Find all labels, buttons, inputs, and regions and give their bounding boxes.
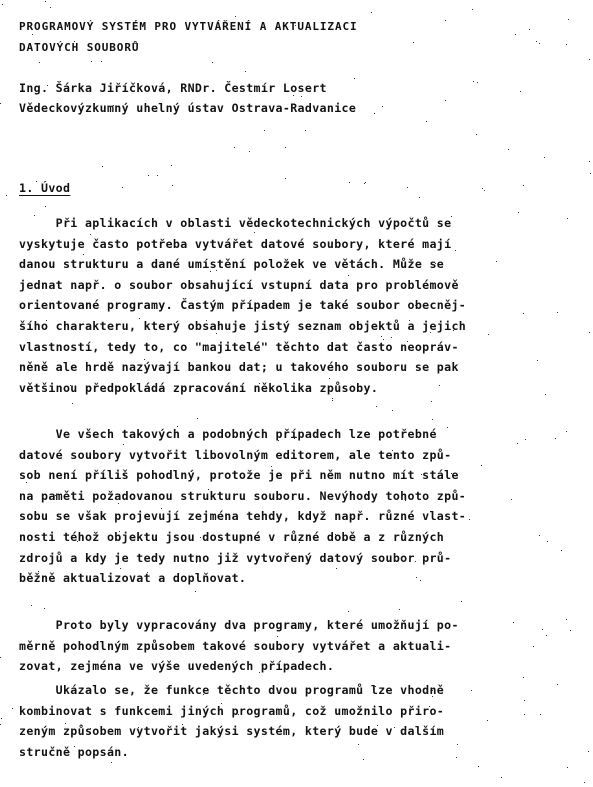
- scan-speck: [416, 577, 417, 578]
- scan-speck: [371, 12, 372, 13]
- scan-speck: [295, 25, 296, 26]
- scan-speck: [410, 706, 411, 707]
- scan-speck: [177, 426, 178, 427]
- scan-speck: [524, 700, 525, 701]
- scan-speck: [431, 401, 432, 402]
- scan-speck: [555, 438, 556, 439]
- scan-speck: [65, 644, 66, 645]
- scan-speck: [391, 337, 392, 338]
- paragraph-2-line: datové soubory vytvořit libovolným edito…: [19, 448, 451, 462]
- scan-speck: [439, 385, 440, 386]
- scan-speck: [419, 197, 420, 198]
- scan-speck: [455, 250, 456, 251]
- scan-speck: [294, 389, 295, 390]
- scan-speck: [354, 78, 355, 79]
- scan-speck: [374, 113, 375, 114]
- scan-speck: [533, 646, 534, 647]
- scan-speck: [420, 580, 421, 581]
- scan-speck: [589, 59, 590, 60]
- scan-speck: [285, 147, 286, 148]
- scan-speck: [113, 105, 114, 106]
- scan-speck: [348, 275, 349, 276]
- scan-speck: [299, 542, 300, 543]
- scan-speck: [472, 9, 473, 10]
- scan-speck: [38, 571, 39, 572]
- scan-speck: [566, 44, 567, 45]
- scan-speck: [539, 535, 540, 536]
- scan-speck: [525, 439, 526, 440]
- institution: Vědeckovýzkumný uhelný ústav Ostrava-Rad…: [19, 101, 356, 115]
- scan-speck: [31, 605, 32, 606]
- paragraph-2-line: Ve všech takových a podobných případech …: [19, 427, 437, 441]
- scan-speck: [171, 165, 172, 166]
- scan-speck: [212, 62, 213, 63]
- scan-speck: [448, 285, 449, 286]
- scan-speck: [394, 727, 395, 728]
- scan-speck: [430, 332, 431, 333]
- scan-speck: [45, 206, 46, 207]
- scan-speck: [196, 562, 197, 563]
- scan-speck: [264, 130, 265, 131]
- scan-speck: [182, 724, 183, 725]
- scan-speck: [203, 694, 204, 695]
- scan-speck: [566, 431, 567, 432]
- scan-speck: [415, 305, 416, 306]
- scan-speck: [363, 759, 364, 760]
- scan-speck: [547, 541, 548, 542]
- scan-speck: [47, 85, 48, 86]
- paragraph-1-line: vlastností, tedy to, co "majitelé" těcht…: [19, 340, 459, 354]
- paragraph-4-line: Ukázalo se, že funkce těchto dvou progra…: [19, 683, 444, 697]
- scan-speck: [377, 725, 378, 726]
- scan-speck: [39, 62, 40, 63]
- paragraph-2-line: zdrojů a kdy je tedy nutno již vytvořený…: [19, 551, 451, 565]
- scan-speck: [523, 677, 524, 678]
- paragraph-4-line: zeným způsobem vytvořit jakýsi systém, k…: [19, 724, 444, 738]
- scan-speck: [240, 223, 241, 224]
- scan-speck: [118, 503, 119, 504]
- scan-speck: [83, 254, 84, 255]
- scan-speck: [90, 234, 91, 235]
- scan-speck: [431, 714, 432, 715]
- scan-speck: [317, 348, 318, 349]
- scan-speck: [523, 313, 524, 314]
- authors: Ing. Šárka Jiříčková, RNDr. Čestmír Lose…: [19, 81, 327, 95]
- scan-speck: [568, 19, 569, 20]
- scan-speck: [245, 71, 246, 72]
- scan-speck: [332, 398, 333, 399]
- scan-speck: [122, 187, 123, 188]
- scan-speck: [157, 175, 158, 176]
- scan-speck: [545, 394, 546, 395]
- scan-speck: [540, 714, 541, 715]
- scan-speck: [537, 360, 538, 361]
- scan-speck: [74, 746, 75, 747]
- scan-speck: [435, 263, 436, 264]
- paragraph-1-line: něně ale hrdě nazývají bankou dat; u tak…: [19, 360, 459, 374]
- scan-speck: [74, 41, 75, 42]
- scan-speck: [249, 151, 250, 152]
- scan-speck: [488, 334, 489, 335]
- title-line-1: PROGRAMOVÝ SYSTÉM PRO VYTVÁŘENÍ A AKTUAL…: [19, 20, 358, 34]
- scan-speck: [536, 41, 537, 42]
- scan-speck: [72, 403, 73, 404]
- scan-speck: [220, 263, 221, 264]
- scan-speck: [409, 320, 410, 321]
- scan-speck: [221, 703, 222, 704]
- scan-speck: [415, 561, 416, 562]
- scan-speck: [511, 499, 512, 500]
- scan-speck: [561, 550, 562, 551]
- scan-speck: [382, 106, 383, 107]
- scan-speck: [405, 500, 406, 501]
- scan-speck: [0, 724, 1, 725]
- scan-speck: [539, 43, 540, 44]
- scan-speck: [461, 601, 462, 602]
- scan-speck: [542, 629, 543, 630]
- scan-speck: [445, 100, 446, 101]
- scan-speck: [405, 368, 406, 369]
- scan-speck: [484, 190, 485, 191]
- scan-speck: [477, 82, 478, 83]
- scan-speck: [367, 495, 368, 496]
- paragraph-1-line: šího charakteru, který obsahuje jistý se…: [19, 319, 466, 333]
- scan-speck: [451, 473, 452, 474]
- scan-speck: [432, 696, 433, 697]
- scan-speck: [426, 121, 427, 122]
- paragraph-1-line: vyskytuje často potřeba vytvářet datové …: [19, 237, 451, 251]
- scan-speck: [293, 95, 294, 96]
- scan-speck: [429, 706, 430, 707]
- scan-speck: [364, 183, 365, 184]
- scan-speck: [421, 474, 422, 475]
- scan-speck: [2, 4, 3, 5]
- scan-speck: [277, 636, 278, 637]
- scan-speck: [119, 531, 120, 532]
- scan-speck: [101, 61, 102, 62]
- scan-speck: [6, 195, 7, 196]
- paragraph-1-line: orientované programy. Častým případem je…: [19, 298, 466, 312]
- scan-speck: [238, 714, 239, 715]
- scan-speck: [584, 782, 585, 783]
- scan-speck: [36, 181, 37, 182]
- scan-speck: [358, 744, 359, 745]
- scan-speck: [120, 568, 121, 569]
- scan-speck: [481, 465, 482, 466]
- paragraph-2-line: na paměti požadovanou strukturu souboru.…: [19, 489, 466, 503]
- scan-speck: [381, 454, 382, 455]
- scan-speck: [482, 188, 483, 189]
- scan-speck: [447, 427, 448, 428]
- section-heading: 1. Úvod: [19, 181, 70, 195]
- scan-speck: [529, 29, 530, 30]
- scan-speck: [557, 684, 558, 685]
- scan-speck: [375, 686, 376, 687]
- scan-speck: [271, 466, 272, 467]
- scan-speck: [221, 557, 222, 558]
- scan-speck: [487, 720, 488, 721]
- scan-speck: [103, 91, 104, 92]
- scan-speck: [589, 161, 590, 162]
- scan-speck: [102, 166, 103, 167]
- scan-speck: [55, 495, 56, 496]
- scan-speck: [172, 185, 173, 186]
- scan-speck: [139, 318, 140, 319]
- scan-speck: [197, 418, 198, 419]
- scan-speck: [235, 327, 236, 328]
- scan-speck: [77, 541, 78, 542]
- scan-speck: [432, 419, 433, 420]
- scan-speck: [392, 450, 393, 451]
- scan-speck: [81, 725, 82, 726]
- scan-speck: [348, 611, 349, 612]
- scan-speck: [147, 572, 148, 573]
- scan-speck: [478, 766, 479, 767]
- scan-speck: [520, 91, 521, 92]
- scan-speck: [381, 336, 382, 337]
- scan-speck: [453, 330, 454, 331]
- scan-speck: [34, 215, 35, 216]
- scan-speck: [195, 591, 196, 592]
- scan-speck: [46, 320, 47, 321]
- scan-speck: [518, 212, 519, 213]
- scan-speck: [1, 718, 2, 719]
- scan-speck: [245, 247, 246, 248]
- scan-speck: [235, 16, 236, 17]
- scan-speck: [513, 622, 514, 623]
- scan-speck: [294, 438, 295, 439]
- scan-speck: [570, 630, 571, 631]
- scan-speck: [91, 61, 92, 62]
- paragraph-3-line: Proto byly vypracovány dva programy, kte…: [19, 618, 459, 632]
- scan-speck: [259, 383, 260, 384]
- scan-speck: [588, 751, 589, 752]
- scan-speck: [432, 690, 433, 691]
- scan-speck: [301, 96, 302, 97]
- scan-speck: [196, 308, 197, 309]
- scan-speck: [567, 767, 568, 768]
- scan-speck: [451, 216, 452, 217]
- scan-speck: [161, 508, 162, 509]
- scan-speck: [471, 690, 472, 691]
- scan-speck: [589, 332, 590, 333]
- paragraph-1-line: jednat např. o soubor obsahující vstupní…: [19, 278, 459, 292]
- scan-speck: [515, 34, 516, 35]
- scan-speck: [557, 312, 558, 313]
- paragraph-2-line: běžně aktualizovat a doplňovat.: [19, 571, 246, 585]
- scan-speck: [200, 537, 201, 538]
- scan-speck: [383, 339, 384, 340]
- scan-speck: [399, 609, 400, 610]
- scan-speck: [148, 175, 149, 176]
- scan-speck: [523, 185, 524, 186]
- scan-speck: [123, 444, 124, 445]
- scan-speck: [216, 270, 217, 271]
- scan-speck: [44, 608, 45, 609]
- scan-speck: [12, 708, 13, 709]
- scan-speck: [445, 20, 446, 21]
- scan-speck: [234, 147, 235, 148]
- scan-speck: [365, 182, 366, 183]
- scan-speck: [285, 178, 286, 179]
- scan-speck: [216, 333, 217, 334]
- scan-speck: [138, 727, 139, 728]
- paragraph-2-line: nosti téhož objektu jsou dostupné v různ…: [19, 530, 444, 544]
- scan-speck: [210, 271, 211, 272]
- scan-speck: [26, 482, 27, 483]
- paragraph-1-line: danou strukturu a dané umístění položek …: [19, 257, 444, 271]
- scan-speck: [278, 440, 279, 441]
- scan-speck: [517, 443, 518, 444]
- scan-speck: [476, 134, 477, 135]
- title-line-2: DATOVÝCH SOUBORŮ: [19, 41, 139, 55]
- scan-speck: [407, 341, 408, 342]
- scan-speck: [32, 34, 33, 35]
- scan-speck: [376, 559, 377, 560]
- scan-speck: [469, 519, 470, 520]
- scan-speck: [206, 320, 207, 321]
- scan-speck: [329, 378, 330, 379]
- scan-speck: [567, 218, 568, 219]
- scan-speck: [524, 714, 525, 715]
- scan-speck: [117, 23, 118, 24]
- scan-speck: [332, 400, 333, 401]
- scan-speck: [394, 498, 395, 499]
- scan-speck: [508, 149, 509, 150]
- scan-speck: [323, 304, 324, 305]
- scan-speck: [111, 762, 112, 763]
- scan-speck: [259, 672, 260, 673]
- scan-speck: [133, 457, 134, 458]
- scan-speck: [544, 157, 545, 158]
- scan-speck: [208, 489, 209, 490]
- paragraph-2-line: sobu se však projevují zejména tehdy, kd…: [19, 509, 466, 523]
- paragraph-4-line: kombinovat s funkcemi jiných programů, c…: [19, 704, 444, 718]
- scan-speck: [124, 474, 125, 475]
- scan-speck: [473, 81, 474, 82]
- paragraph-3-line: zovat, zejména ve výše uvedených případe…: [19, 659, 334, 673]
- scan-speck: [457, 744, 458, 745]
- scan-speck: [456, 757, 457, 758]
- paragraph-2-line: sob není příliš pohodlný, protože je při…: [19, 468, 459, 482]
- paragraph-1-line: Při aplikacích v oblasti vědeckotechnick…: [19, 216, 451, 230]
- scan-speck: [144, 359, 145, 360]
- scan-speck: [407, 187, 408, 188]
- scan-speck: [413, 42, 414, 43]
- scan-speck: [254, 232, 255, 233]
- scan-speck: [45, 1, 46, 2]
- scan-speck: [546, 635, 547, 636]
- scan-speck: [0, 103, 1, 104]
- document-page: PROGRAMOVÝ SYSTÉM PRO VYTVÁŘENÍ A AKTUAL…: [0, 0, 593, 787]
- scan-speck: [305, 130, 306, 131]
- scan-speck: [50, 7, 51, 8]
- scan-speck: [566, 619, 567, 620]
- scan-speck: [392, 410, 393, 411]
- scan-speck: [496, 261, 497, 262]
- scan-speck: [0, 657, 1, 658]
- scan-speck: [335, 534, 336, 535]
- paragraph-3-line: měrně pohodlným způsobem takové soubory …: [19, 639, 451, 653]
- scan-speck: [70, 385, 71, 386]
- paragraph-1-line: většinou předpokládá zpracování několika…: [19, 381, 378, 395]
- scan-speck: [21, 107, 22, 108]
- scan-speck: [336, 568, 337, 569]
- scan-speck: [590, 173, 591, 174]
- scan-speck: [349, 182, 350, 183]
- scan-speck: [65, 723, 66, 724]
- scan-speck: [117, 245, 118, 246]
- scan-speck: [376, 406, 377, 407]
- scan-speck: [501, 777, 502, 778]
- scan-speck: [90, 728, 91, 729]
